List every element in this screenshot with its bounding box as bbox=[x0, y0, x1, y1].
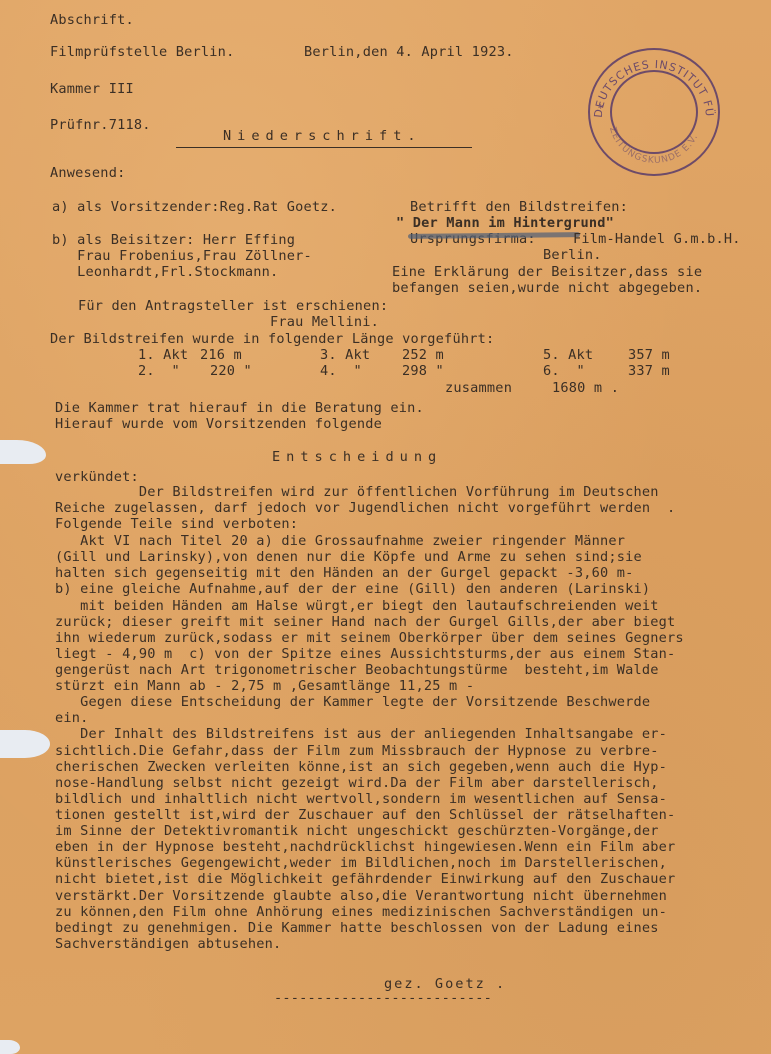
act-value: 357 m bbox=[628, 347, 670, 363]
applicant-label: Für den Antragsteller ist erschienen: bbox=[78, 298, 388, 314]
date-line: Berlin,den 4. April 1923. bbox=[304, 44, 514, 60]
act-label: 4. " bbox=[320, 363, 362, 379]
assessor-line: Leonhardt,Frl.Stockmann. bbox=[52, 264, 278, 280]
copy-label: Abschrift. bbox=[50, 12, 134, 28]
act-value: 298 " bbox=[402, 363, 444, 379]
body-line: verkündet: bbox=[55, 469, 139, 485]
act-label: 5. Akt bbox=[543, 347, 593, 363]
decision-title: Entscheidung bbox=[272, 449, 442, 465]
origin-firm: Film-Handel G.m.b.H. bbox=[573, 231, 741, 247]
stamp-text: DEUTSCHES INSTITUT FÜR ZEITUNGSKUNDE E.V… bbox=[588, 48, 720, 176]
institute-stamp: DEUTSCHES INSTITUT FÜR ZEITUNGSKUNDE E.V… bbox=[588, 48, 720, 176]
act-label: 3. Akt bbox=[320, 347, 370, 363]
act-label: 1. Akt bbox=[138, 347, 188, 363]
document-title: Niederschrift. bbox=[223, 128, 422, 144]
body-line: gengerüst nach Art trigonometrischer Beo… bbox=[55, 662, 659, 678]
body-line: zu können,den Film ohne Anhörung eines m… bbox=[55, 904, 667, 920]
body-line: zurück; dieser greift mit seiner Hand na… bbox=[55, 614, 675, 630]
body-line: bedingt zu genehmigen. Die Kammer hatte … bbox=[55, 920, 659, 936]
body-line: nose-Handlung selbst nicht gezeigt wird.… bbox=[55, 775, 659, 791]
total-value: 1680 m . bbox=[552, 380, 619, 396]
body-line: künstlerisches Gegengewicht,weder im Bil… bbox=[55, 855, 667, 871]
body-line: Sachverständigen abtusehen. bbox=[55, 936, 281, 952]
applicant-name: Frau Mellini. bbox=[270, 314, 379, 330]
stamp-bottom-text: ZEITUNGSKUNDE E.V. bbox=[607, 126, 700, 166]
act-label: 2. " bbox=[138, 363, 180, 379]
body-line: ein. bbox=[55, 710, 89, 726]
body-line: halten sich gegenseitig mit den Händen a… bbox=[55, 565, 634, 581]
body-line: Der Bildstreifen wird zur öffentlichen V… bbox=[55, 484, 659, 500]
test-number: Prüfnr.7118. bbox=[50, 117, 151, 133]
film-title: " Der Mann im Hintergrund" bbox=[396, 215, 614, 231]
body-line: Gegen diese Entscheidung der Kammer legt… bbox=[55, 694, 650, 710]
assessor-line: Frau Frobenius,Frau Zöllner- bbox=[52, 248, 312, 264]
chair: a) als Vorsitzender:Reg.Rat Goetz. bbox=[52, 199, 337, 215]
chamber: Kammer III bbox=[50, 81, 134, 97]
act-value: 337 m bbox=[628, 363, 670, 379]
bias-statement: Eine Erklärung der Beisitzer,dass sie bbox=[392, 264, 702, 280]
body-line: liegt - 4,90 m c) von der Spitze eines A… bbox=[55, 646, 675, 662]
body-line: im Sinne der Detektivromantik nicht unge… bbox=[55, 823, 659, 839]
act-label: 6. " bbox=[543, 363, 585, 379]
svg-text:DEUTSCHES INSTITUT FÜR: DEUTSCHES INSTITUT FÜR bbox=[588, 48, 716, 118]
body-line: bildlich und inhaltlich nicht wertvoll,s… bbox=[55, 791, 667, 807]
body-line: Folgende Teile sind verboten: bbox=[55, 516, 298, 532]
assessor-line: b) als Beisitzer: Herr Effing bbox=[52, 232, 295, 248]
body-line: (Gill und Larinsky),von denen nur die Kö… bbox=[55, 549, 642, 565]
act-value: 216 m bbox=[200, 347, 242, 363]
body-line: mit beiden Händen am Halse würgt,er bieg… bbox=[55, 598, 659, 614]
bias-statement: befangen seien,wurde nicht abgegeben. bbox=[392, 280, 702, 296]
deliberation-line: Die Kammer trat hierauf in die Beratung … bbox=[55, 400, 424, 416]
body-line: Der Inhalt des Bildstreifens ist aus der… bbox=[55, 726, 667, 742]
subject-label: Betrifft den Bildstreifen: bbox=[410, 199, 628, 215]
body-line: ihn wiederum zurück,sodass er mit seinem… bbox=[55, 630, 684, 646]
office-name: Filmprüfstelle Berlin. bbox=[50, 44, 234, 60]
svg-text:ZEITUNGSKUNDE E.V.: ZEITUNGSKUNDE E.V. bbox=[607, 126, 700, 166]
body-line: sichtlich.Die Gefahr,dass der Film zum M… bbox=[55, 743, 659, 759]
body-line: tionen gestellt ist,wird der Zuschauer a… bbox=[55, 807, 675, 823]
stamp-top-text: DEUTSCHES INSTITUT FÜR bbox=[588, 48, 716, 118]
deliberation-line: Hierauf wurde vom Vorsitzenden folgende bbox=[55, 416, 382, 432]
length-intro: Der Bildstreifen wurde in folgender Läng… bbox=[50, 331, 494, 347]
body-line: cherischen Zwecken verleiten könne,ist a… bbox=[55, 759, 667, 775]
body-line: nicht bietet,ist die Möglichkeit gefährd… bbox=[55, 871, 675, 887]
title-underline bbox=[176, 147, 472, 148]
origin-city: Berlin. bbox=[543, 247, 602, 263]
attendance-label: Anwesend: bbox=[50, 165, 125, 181]
closing-rule: -------------------------- bbox=[274, 990, 492, 1006]
body-line: eben in der Hypnose besteht,nachdrücklic… bbox=[55, 839, 675, 855]
body-line: Reiche zugelassen, darf jedoch vor Jugen… bbox=[55, 500, 675, 516]
body-line: Akt VI nach Titel 20 a) die Grossaufnahm… bbox=[55, 533, 625, 549]
act-value: 252 m bbox=[402, 347, 444, 363]
body-line: b) eine gleiche Aufnahme,auf der der ein… bbox=[55, 581, 650, 597]
act-value: 220 " bbox=[210, 363, 252, 379]
total-label: zusammen bbox=[445, 380, 512, 396]
torn-edge bbox=[0, 1040, 20, 1054]
body-line: verstärkt.Der Vorsitzende glaubte also,d… bbox=[55, 888, 667, 904]
stamp-star: * bbox=[598, 102, 605, 115]
body-line: stürzt ein Mann ab - 2,75 m ,Gesamtlänge… bbox=[55, 678, 474, 694]
torn-edge bbox=[0, 730, 50, 758]
